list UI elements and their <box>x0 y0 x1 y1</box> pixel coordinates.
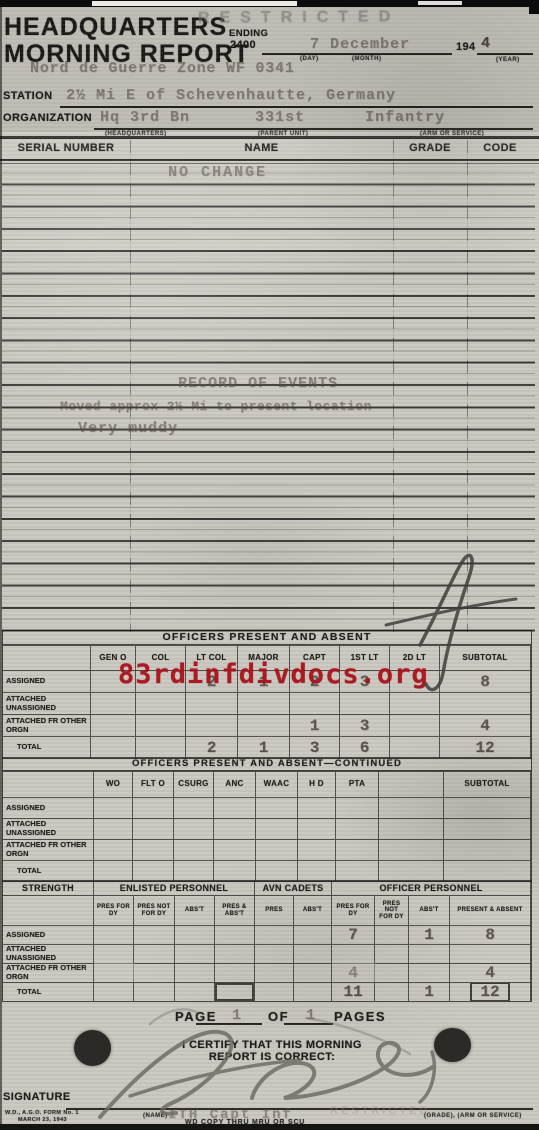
officers-continued-cell <box>336 860 379 881</box>
organization-underline <box>94 128 533 130</box>
strength-cell-boxed <box>215 982 255 1001</box>
strength-cell <box>215 963 255 982</box>
strength-cell <box>375 963 409 982</box>
officers-continued-cell <box>336 818 379 839</box>
officers-continued-row-label: ATTACHED UNASSIGNED <box>3 818 94 839</box>
scan-edge-left <box>0 0 2 1130</box>
strength-cell: 4 <box>450 963 531 982</box>
column-rule-grade-code <box>467 140 468 632</box>
strength-cell: 11 <box>332 982 375 1001</box>
strength-cell: 1 <box>409 982 450 1001</box>
officers-continued-row-label: TOTAL <box>3 860 94 881</box>
strength-cell <box>215 944 255 963</box>
officers-row-label: TOTAL <box>3 736 91 758</box>
officers-continued-cell <box>379 839 444 860</box>
strength-cell: 1 <box>409 925 450 944</box>
officers-table: OFFICERS PRESENT AND ABSENT GEN O COL LT… <box>2 630 532 759</box>
form-id-line-2: MARCH 23, 1943 <box>18 1118 67 1124</box>
officers-continued-cell <box>379 818 444 839</box>
restricted-stamp-bottom: RESTRICTED <box>330 1105 430 1117</box>
officers-continued-col-flt-o: FLT O <box>133 771 174 797</box>
strength-subcol: PRES FOR DY <box>332 895 375 925</box>
officers-continued-corner <box>3 771 94 797</box>
strength-cell <box>375 982 409 1001</box>
scan-edge-top-gap-2 <box>418 1 462 5</box>
officers-cell <box>91 714 136 736</box>
strength-subcol: PRESENT & ABSENT <box>450 895 531 925</box>
strength-group-enlisted: ENLISTED PERSONNEL <box>94 881 255 895</box>
officers-cell <box>390 714 440 736</box>
officers-continued-cell <box>379 797 444 818</box>
strength-label: STRENGTH <box>3 881 94 895</box>
day-sublabel: (DAY) <box>300 56 319 62</box>
officers-cell: 8 <box>440 670 531 692</box>
officers-continued-cell <box>174 839 214 860</box>
officers-continued-row-label: ATTACHED FR OTHER ORGN <box>3 839 94 860</box>
officers-continued-cell <box>214 797 256 818</box>
restricted-stamp: RESTRICTED <box>198 8 400 27</box>
officers-continued-cell <box>214 839 256 860</box>
officers-cell: 4 <box>440 714 531 736</box>
page-label: PAGE <box>175 1010 217 1024</box>
officers-cell <box>136 736 186 758</box>
strength-cell <box>409 944 450 963</box>
morning-report-scan: RESTRICTED HEADQUARTERS MORNING REPORT E… <box>0 0 539 1130</box>
officers-cell: 3 <box>340 714 390 736</box>
strength-cell: 7 <box>332 925 375 944</box>
officers-continued-cell <box>94 818 133 839</box>
strength-cell <box>134 944 175 963</box>
organization-parent-unit: 331st <box>255 110 305 125</box>
officers-corner <box>3 645 91 670</box>
station-value: 2½ Mi E of Schevenhautte, Germany <box>66 88 396 103</box>
strength-row-label: ATTACHED UNASSIGNED <box>3 944 94 963</box>
officers-continued-col-wo: WO <box>94 771 133 797</box>
strength-cell <box>375 944 409 963</box>
officers-continued-cell <box>298 818 336 839</box>
year-typed: 4 <box>481 36 491 51</box>
officers-continued-grid: WO FLT O CSURG ANC WAAC H D PTA SUBTOTAL… <box>2 770 532 882</box>
officers-cell <box>440 692 531 714</box>
strength-cell: 8 <box>450 925 531 944</box>
officers-cell <box>91 692 136 714</box>
officers-continued-cell <box>444 818 531 839</box>
officers-continued-title: OFFICERS PRESENT AND ABSENT—CONTINUED <box>2 757 532 770</box>
strength-cell <box>450 944 531 963</box>
strength-cell <box>294 982 332 1001</box>
station-label: STATION <box>3 91 52 103</box>
officers-continued-col-subtotal: SUBTOTAL <box>444 771 531 797</box>
strength-subcol: PRES NOT FOR DY <box>134 895 175 925</box>
strength-subcol: PRES NOT FOR DY <box>375 895 409 925</box>
date-underline <box>262 53 452 55</box>
strength-total-value: 12 <box>470 982 509 1001</box>
strength-row-label: ATTACHED FR OTHER ORGN <box>3 963 94 982</box>
officers-continued-cell <box>133 797 174 818</box>
officers-continued-cell <box>336 839 379 860</box>
name-sublabel: (NAME) <box>143 1113 168 1119</box>
roster-col-serial: SERIAL NUMBER <box>2 143 130 155</box>
strength-cell <box>375 925 409 944</box>
strength-cell <box>255 944 294 963</box>
strength-cell <box>255 925 294 944</box>
organization-headquarters: Hq 3rd Bn <box>100 110 190 125</box>
strength-cell <box>332 944 375 963</box>
officers-continued-cell <box>256 818 298 839</box>
officers-continued-col-hd: H D <box>298 771 336 797</box>
officers-continued-cell <box>133 839 174 860</box>
of-label: OF <box>268 1010 289 1024</box>
officers-continued-col-anc: ANC <box>214 771 256 797</box>
officers-cell <box>136 692 186 714</box>
strength-cell <box>94 963 134 982</box>
officers-continued-cell <box>214 860 256 881</box>
officers-cell <box>91 736 136 758</box>
officers-cell: 6 <box>340 736 390 758</box>
officers-cell <box>238 714 290 736</box>
roster-entry: NO CHANGE <box>168 165 267 180</box>
officers-continued-col-waac: WAAC <box>256 771 298 797</box>
officers-continued-cell <box>444 797 531 818</box>
officers-col-subtotal: SUBTOTAL <box>440 645 531 670</box>
strength-cell <box>94 944 134 963</box>
officers-continued-cell <box>379 860 444 881</box>
events-line-1: Moved approx 2½ Mi to present location <box>60 400 372 413</box>
officers-continued-cell <box>298 797 336 818</box>
officers-continued-cell <box>94 860 133 881</box>
strength-cell <box>255 982 294 1001</box>
events-line-2: Very muddy <box>78 421 178 436</box>
officers-row-label: ATTACHED FR OTHER ORGN <box>3 714 91 736</box>
officers-continued-cell <box>174 797 214 818</box>
events-title: RECORD OF EVENTS <box>178 376 338 391</box>
officers-continued-cell <box>444 839 531 860</box>
punch-hole-left <box>74 1030 111 1066</box>
roster-col-name: NAME <box>130 143 393 155</box>
officers-cell <box>136 714 186 736</box>
column-rule-serial-name <box>130 140 131 632</box>
officers-continued-cell <box>298 839 336 860</box>
strength-cell <box>175 944 215 963</box>
officers-continued-col-blank <box>379 771 444 797</box>
strength-cell <box>175 982 215 1001</box>
organization-arm: Infantry <box>365 110 445 125</box>
year-printed: 194 <box>456 42 476 54</box>
strength-subcol: ABS'T <box>294 895 332 925</box>
ending-time: 2400 <box>230 40 256 52</box>
officers-cell: 12 <box>440 736 531 758</box>
strength-cell <box>134 963 175 982</box>
grade-arm-sublabel: (GRADE), (ARM OR SERVICE) <box>424 1113 522 1119</box>
officers-cell: 1 <box>238 736 290 758</box>
officers-cell <box>390 692 440 714</box>
officers-continued-cell <box>256 797 298 818</box>
strength-subcol: PRES & ABS'T <box>215 895 255 925</box>
officers-continued-cell <box>174 818 214 839</box>
organization-label: ORGANIZATION <box>3 113 92 125</box>
signature-underline <box>66 1108 533 1110</box>
strength-subcol: ABS'T <box>409 895 450 925</box>
strength-cell <box>94 925 134 944</box>
certify-line-2: REPORT IS CORRECT: <box>147 1052 397 1064</box>
strength-cell-total-boxed: 12 <box>450 982 531 1001</box>
officers-continued-table: OFFICERS PRESENT AND ABSENT—CONTINUED WO… <box>2 757 532 882</box>
page-number: 1 <box>232 1008 242 1023</box>
officers-continued-cell <box>133 818 174 839</box>
form-id-line-1: W.D., A.G.O. FORM No. 1 <box>5 1111 79 1117</box>
scan-edge-bottom <box>0 1124 539 1130</box>
arm-sublabel: (ARM OR SERVICE) <box>420 131 484 137</box>
strength-cell <box>215 925 255 944</box>
strength-cell <box>294 925 332 944</box>
officers-continued-cell <box>94 797 133 818</box>
ending-label: ENDING <box>229 29 268 39</box>
strength-cell <box>175 925 215 944</box>
pages-total: 1 <box>306 1008 316 1023</box>
officers-continued-cell <box>256 860 298 881</box>
officers-continued-cell <box>133 860 174 881</box>
month-sublabel: (MONTH) <box>352 56 382 62</box>
station-underline <box>60 106 533 108</box>
strength-subcol: PRES FOR DY <box>94 895 134 925</box>
officers-row-label: ASSIGNED <box>3 670 91 692</box>
zone-line: Nord de Guerre Zone WF 0341 <box>30 61 295 76</box>
scan-edge-corner <box>529 0 539 14</box>
strength-cell <box>294 963 332 982</box>
year-underline <box>477 53 533 55</box>
officers-continued-row-label: ASSIGNED <box>3 797 94 818</box>
strength-subcol: PRES <box>255 895 294 925</box>
strength-cell <box>134 982 175 1001</box>
officers-continued-cell <box>336 797 379 818</box>
officers-cell <box>390 736 440 758</box>
strength-grid: STRENGTH ENLISTED PERSONNEL AVN CADETS O… <box>2 880 532 1002</box>
year-sublabel: (YEAR) <box>496 57 520 63</box>
officers-table-title: OFFICERS PRESENT AND ABSENT <box>2 630 532 644</box>
parent-unit-sublabel: (PARENT UNIT) <box>258 131 308 137</box>
officers-cell <box>290 692 340 714</box>
site-watermark: 83rdinfdivdocs.org <box>118 659 429 690</box>
strength-subcol-corner <box>3 895 94 925</box>
strength-row-label: ASSIGNED <box>3 925 94 944</box>
officers-cell: 2 <box>186 736 238 758</box>
ruled-lines <box>2 163 535 632</box>
officers-continued-col-pta: PTA <box>336 771 379 797</box>
officers-continued-col-csurg: CSURG <box>174 771 214 797</box>
officers-cell <box>238 692 290 714</box>
officers-row-label: ATTACHED UNASSIGNED <box>3 692 91 714</box>
strength-cell <box>409 963 450 982</box>
date-value: 7 December <box>310 37 410 52</box>
officers-cell: 3 <box>290 736 340 758</box>
strength-cell <box>94 982 134 1001</box>
officers-continued-cell <box>94 839 133 860</box>
officers-continued-cell <box>298 860 336 881</box>
officers-cell: 1 <box>290 714 340 736</box>
strength-group-officer: OFFICER PERSONNEL <box>332 881 531 895</box>
roster-header-rule-2 <box>0 163 539 164</box>
column-rule-name-grade <box>393 140 394 632</box>
officers-cell <box>340 692 390 714</box>
officers-continued-cell <box>444 860 531 881</box>
roster-col-grade: GRADE <box>393 143 467 155</box>
form-title-headquarters: HEADQUARTERS <box>4 14 227 40</box>
signature-label: SIGNATURE <box>3 1092 71 1104</box>
officers-cell <box>186 714 238 736</box>
pages-label: PAGES <box>334 1010 386 1024</box>
strength-cell <box>134 925 175 944</box>
officers-continued-cell <box>256 839 298 860</box>
certify-line-1: I CERTIFY THAT THIS MORNING <box>147 1040 397 1052</box>
strength-table: STRENGTH ENLISTED PERSONNEL AVN CADETS O… <box>2 880 532 1002</box>
scan-edge-top-gap <box>92 1 297 6</box>
strength-cell <box>294 944 332 963</box>
officers-cell <box>186 692 238 714</box>
strength-row-label: TOTAL <box>3 982 94 1001</box>
strength-cell <box>175 963 215 982</box>
headquarters-sublabel: (HEADQUARTERS) <box>105 131 167 137</box>
strength-group-avn-cadets: AVN CADETS <box>255 881 332 895</box>
strength-subcol: ABS'T <box>175 895 215 925</box>
strength-cell: 4 <box>332 963 375 982</box>
strength-cell <box>255 963 294 982</box>
roster-col-code: CODE <box>467 143 533 155</box>
officers-continued-cell <box>174 860 214 881</box>
punch-hole-right <box>434 1028 471 1062</box>
officers-continued-cell <box>214 818 256 839</box>
roster-header-rule <box>0 159 539 161</box>
